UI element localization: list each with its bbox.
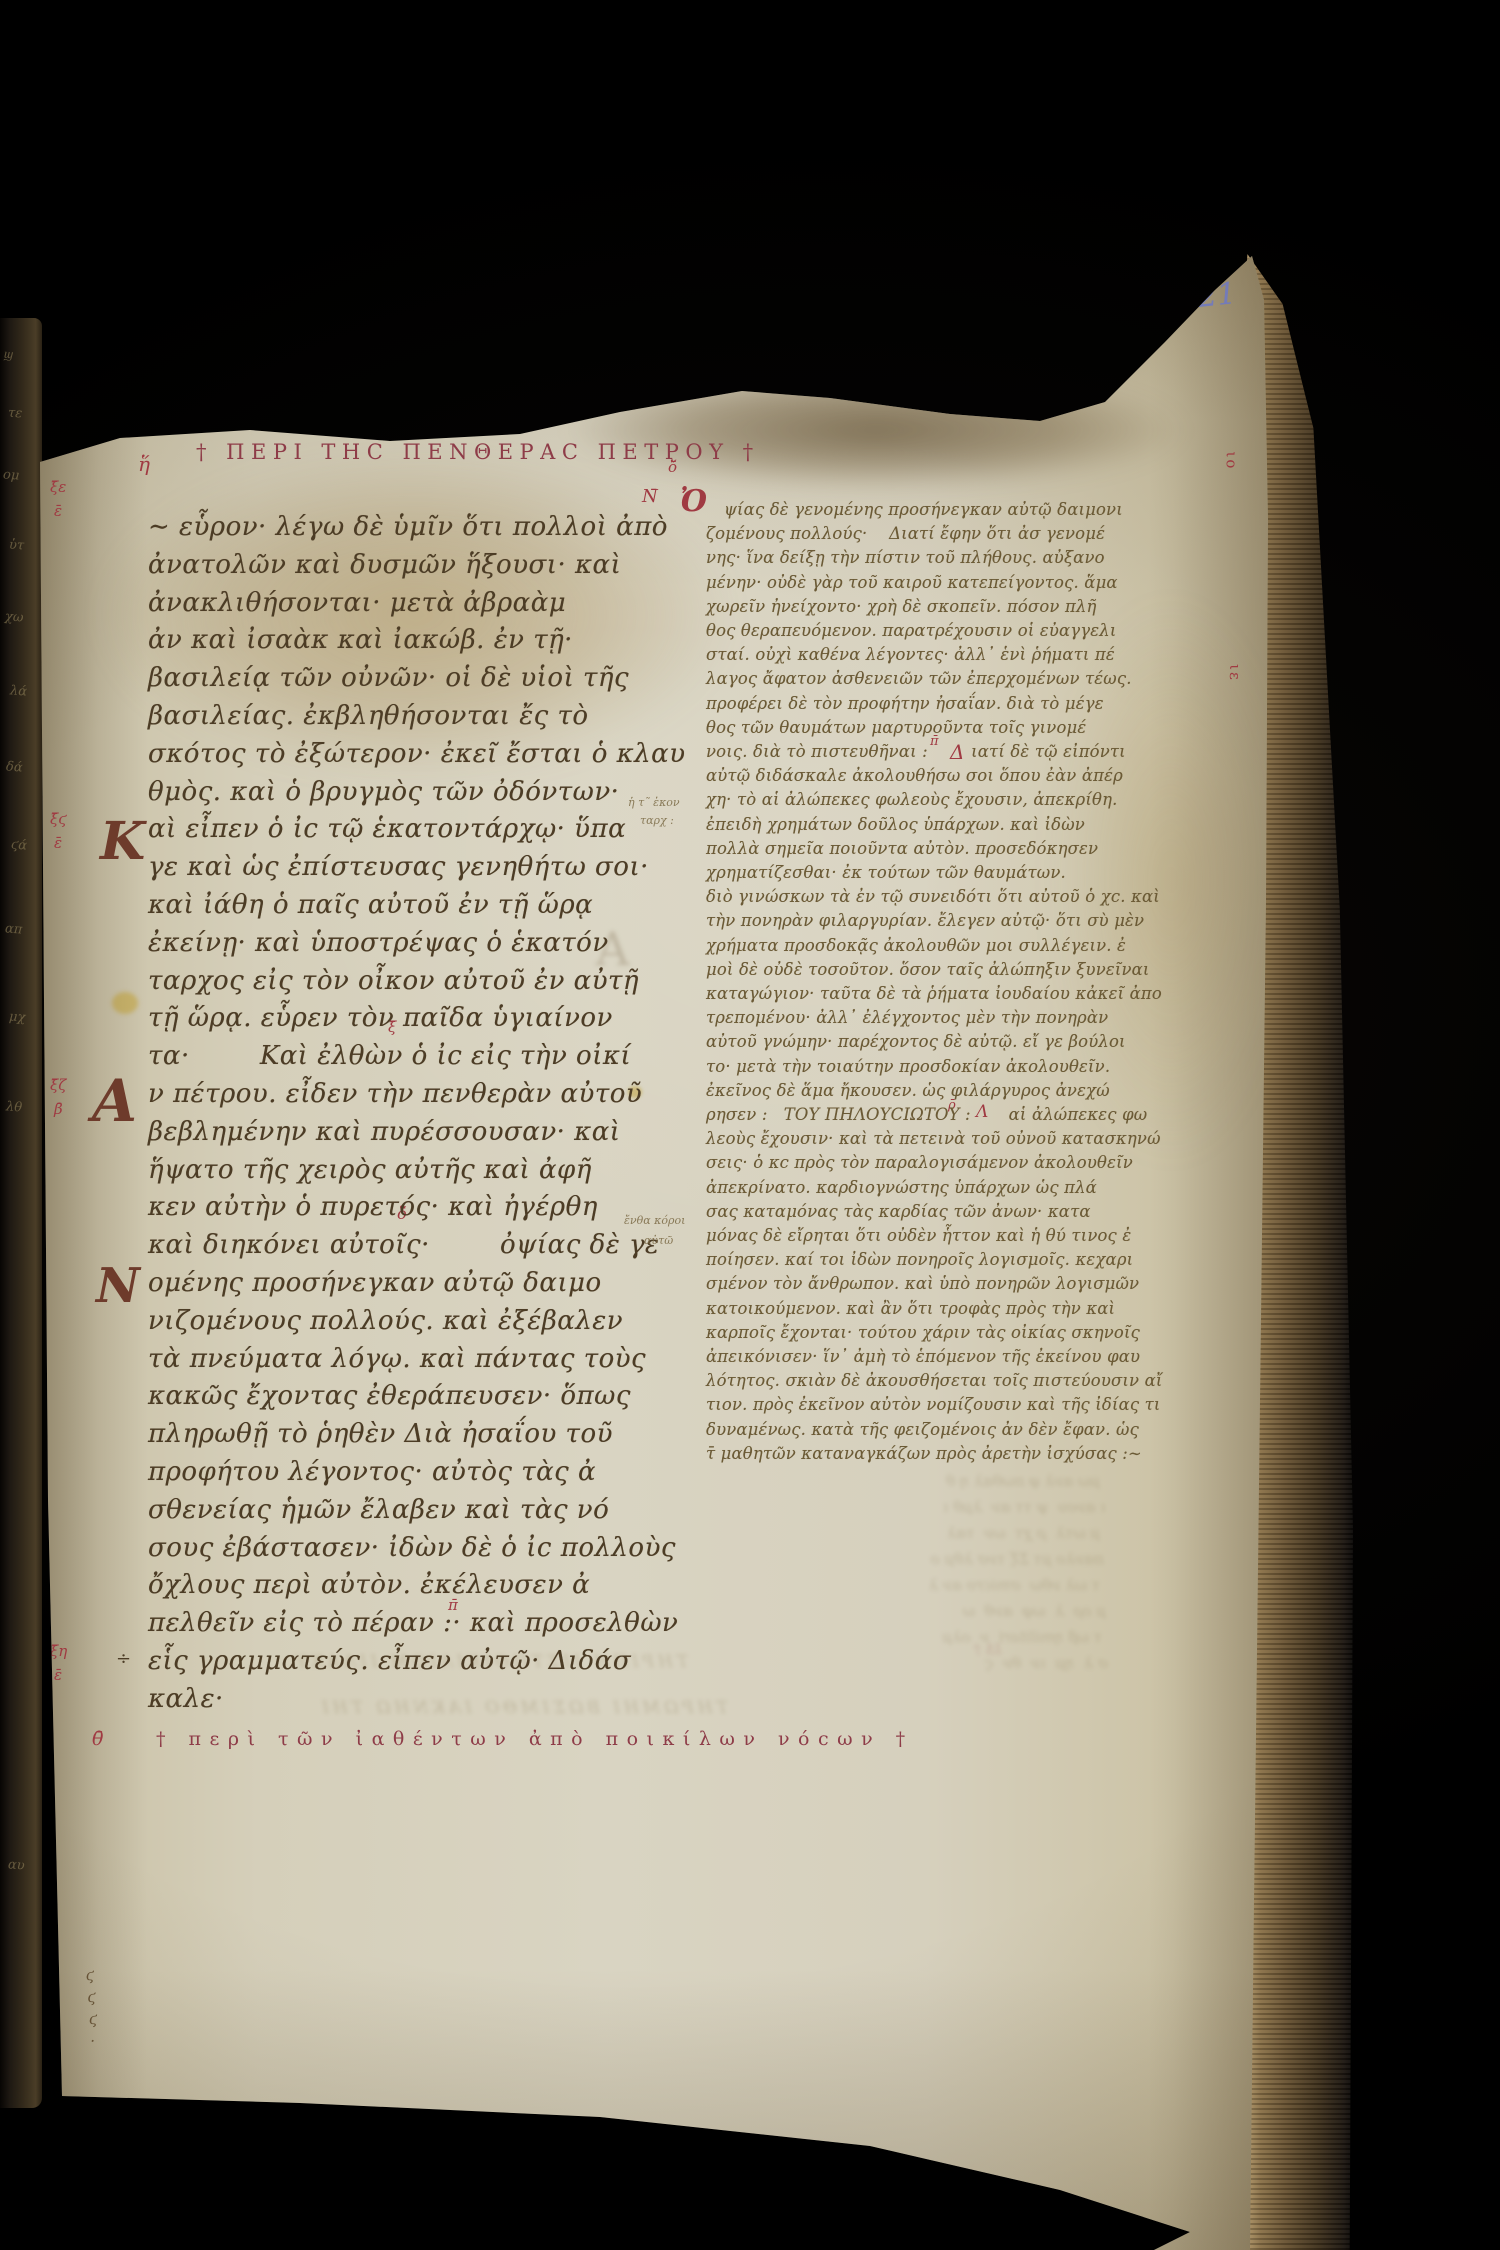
text-line: καλε· — [148, 1684, 660, 1714]
text-line: βεβλημένην καὶ πυρέσσουσαν· καὶ — [148, 1117, 660, 1147]
text-line: βασιλείᾳ τῶν οὐνῶν· οἱ δὲ υἱοὶ τῆς — [148, 663, 660, 693]
edge-text-fragment: λθ — [5, 1099, 22, 1115]
decorated-initial-kappa: Κ — [100, 816, 145, 868]
commentary-line: σας καταμόνας τὰς καρδίας τῶν ἀνων· κατα — [706, 1202, 1176, 1221]
commentary-line: χρήματα προσδοκᾷς ἀκολουθῶν μοι συλλέγει… — [706, 936, 1176, 955]
manuscript-photo: ϣ τε ομ ὑτ χω λά δά ϛά απ μχ λθ αυ Α ΤΗΡ… — [0, 0, 1500, 2250]
commentary-line: χρηματίζεσθαι· ἐκ τούτων τῶν θαυμάτων. — [706, 863, 1176, 882]
commentary-line: τ̄ μαθητῶν καταναγκάζων πρὸς ἀρετὴν ἰσχύ… — [706, 1444, 1176, 1463]
text-line: ∼ εὗρον· λέγω δὲ ὑμῖν ὅτι πολλοὶ ἀπὸ — [148, 512, 660, 542]
margin-gloss: ταρχ : — [640, 814, 674, 827]
catena-source-mark: ὃ — [655, 312, 663, 328]
commentary-line: χη· τὸ αἱ ἀλώπεκες φωλεοὺς ἔχουσιν, ἀπεκ… — [706, 790, 1176, 809]
commentary-line: τὴν πονηρὰν φιλαργυρίαν. ἔλεγεν αὐτῷ· ὅτ… — [706, 911, 1176, 930]
margin-gloss: αὐτῶ — [644, 1234, 673, 1247]
text-line: ἀνακλιθήσονται· μετὰ ἀβραὰμ — [148, 588, 660, 618]
commentary-line: ποίησεν. καί τοι ἰδὼν πονηροῖς λογισμοῖς… — [706, 1250, 1176, 1269]
decorated-initial-nu: Ν — [96, 1262, 140, 1310]
text-line: τὰ πνεύματα λόγῳ. καὶ πάντας τοὺς — [148, 1344, 660, 1374]
manuscript-page: Α ΤΗΡΙΠΗ ΙΙΣΤΠΟΙΚΙΛΙΟΜ ΙΙΛΑΧΥ ΤΗΡΩΜΗΙ ΒΩ… — [36, 240, 1272, 2250]
showthrough-line: πανλο μτ Σξ τνσ λθμ ο — [724, 1550, 1104, 1568]
commentary-line: νης· ἵνα δείξῃ τὴν πίστιν τοῦ πλήθους. α… — [706, 548, 1176, 567]
showthrough-line: μω ανλ φ πωθαλ η θ — [720, 1472, 1100, 1490]
commentary-line: λαγος ἄφατον ἀσθενειῶν τῶν ἐπερχομένων τ… — [706, 669, 1176, 688]
kephalaion-title-next: † περὶ τῶν ἰαθέντων ἀπὸ ποικίλων νόϲων † — [156, 1728, 914, 1750]
showthrough-line: μ ορ λ ωφ ανθ ω — [726, 1602, 1106, 1620]
edge-text-fragment: λά — [9, 683, 27, 699]
text-line: κεν αὐτὴν ὁ πυρετός· καὶ ἠγέρθη — [148, 1192, 660, 1222]
commentary-line: ψίας δὲ γενομένης προσήνεγκαν αὐτῷ δαιμο… — [724, 500, 1194, 519]
obelus-mark: ÷ — [116, 1648, 131, 1669]
commentary-line: μόνας δὲ εἴρηται ὅτι οὐδὲν ἧττον καὶ ἡ θ… — [706, 1226, 1176, 1245]
canon-number: ε̄ — [54, 1666, 62, 1684]
edge-text-fragment: απ — [4, 921, 22, 937]
text-line: καὶ διηκόνει αὐτοῖς· ὀψίας δὲ γε — [148, 1230, 660, 1260]
decorated-initial-alpha: Α — [92, 1072, 137, 1130]
commentary-line: θος θεραπευόμενον. παρατρέχουσιν οἱ εὐαγ… — [706, 621, 1176, 640]
showthrough-line: τ ωλ νθω σmicro αν λ — [720, 1576, 1100, 1594]
canon-number: ε̄ — [54, 834, 62, 852]
header-superscript: Ν̄ — [642, 486, 658, 507]
commentary-line: ζομένους πολλούς· Διατί ἔφην ὅτι ἀσ γενο… — [706, 524, 1176, 543]
commentary-line: ἐπειδὴ χρημάτων δοῦλος ὑπάρχων. καὶ ἰδὼν — [706, 815, 1176, 834]
edge-text-fragment: ὑτ — [8, 537, 24, 553]
commentary-line: σμένον τὸν ἄνθρωπον. καὶ ὑπὸ πονηρῶν λογ… — [706, 1274, 1176, 1293]
canon-number: ε̄ — [54, 502, 62, 520]
commentary-line: νοις. διὰ τὸ πιστευθῆναι : ιατί δὲ τῷ εἰ… — [706, 742, 1176, 761]
header-prefix-mark: ἥ — [138, 452, 150, 476]
commentary-line: καταγώγιον· ταῦτα δὲ τὰ ῥήματα ἰουδαίου … — [706, 984, 1176, 1003]
commentary-line: μένην· οὐδὲ γὰρ τοῦ καιροῦ κατεπείγοντος… — [706, 573, 1176, 592]
commentary-line: καρποῖς ἔχονται· τούτου χάριν τὰς οἰκίας… — [706, 1323, 1176, 1342]
commentary-line: τιον. πρὸς ἐκεῖνον αὐτὸν νομίζουσιν καὶ … — [706, 1395, 1176, 1414]
text-line: ἥψατο τῆς χειρὸς αὐτῆς καὶ ἀφῆ — [148, 1155, 660, 1185]
text-line: εἷς γραμματεύς. εἶπεν αὐτῷ· Διδάσ — [148, 1646, 660, 1676]
text-line: σκότος τὸ ἐξώτερον· ἐκεῖ ἔσται ὁ κλαυ — [148, 739, 660, 769]
gutter-scribble: ϛ ϛ ϛ · — [85, 1964, 100, 2052]
showthrough-line: ι ανου ψ ττ αν λμθ ι — [726, 1498, 1106, 1516]
showthrough-rubric: ΙΔ † — [974, 1642, 1001, 1658]
text-line: προφήτου λέγοντος· αὐτὸς τὰς ἀ — [148, 1457, 660, 1487]
edge-text-fragment: μχ — [8, 1009, 25, 1025]
commentary-line: κατοικούμενον. καὶ ἂν ὅτι τροφὰς πρὸς τὴ… — [706, 1299, 1176, 1318]
commentary-line: ἐκεῖνος δὲ ἅμα ἤκουσεν. ὡς φιλάργυρος ἀν… — [706, 1081, 1176, 1100]
commentary-line: σταί. οὐχὶ καθένα λέγοντες· ἀλλ᾽ ἑνὶ ῥήμ… — [706, 645, 1176, 664]
text-line: ἀνατολῶν καὶ δυσμῶν ἥξουσι· καὶ — [148, 550, 660, 580]
text-line: σους ἐβάστασεν· ἰδὼν δὲ ὁ ἰϲ πολλοὺς — [148, 1533, 660, 1563]
edge-text-fragment: δά — [5, 759, 23, 775]
commentary-line: σεις· ὁ κϲ πρὸς τὸν παραλογισάμενον ἀκολ… — [706, 1153, 1176, 1172]
folio-number: 21 — [1196, 276, 1238, 315]
commentary-line: δυναμένως. κατὰ τῆς φειζομένοις ἀν δὲν ἔ… — [706, 1420, 1176, 1439]
footer-prefix-mark: θ̄ — [92, 1728, 103, 1750]
text-line: ἀν καὶ ἰσαὰκ καὶ ἰακώβ. ἐν τῇ· — [148, 625, 660, 655]
showthrough-line: τ ωβ ηmilitari ν ολμ — [722, 1628, 1102, 1646]
commentary-line: λεοὺς ἔχουσιν· καὶ τὰ πετεινὰ τοῦ οὐνοῦ … — [706, 1129, 1176, 1148]
text-line: ομένης προσήνεγκαν αὐτῷ δαιμο — [148, 1268, 660, 1298]
text-line: τα· Καὶ ἐλθὼν ὁ ἰϲ εἰς τὴν οἰκί — [148, 1041, 660, 1071]
commentary-line: θος τῶν θαυμάτων μαρτυροῦντα τοῖς γινομέ — [706, 718, 1176, 737]
catena-initial-mark: ὅ̄ — [668, 458, 677, 476]
ammonian-number: ξ̄ε — [50, 478, 66, 496]
canon-number: β̄ — [54, 1100, 63, 1118]
text-line: ταρχος εἰς τὸν οἶκον αὐτοῦ ἐν αὐτῇ — [148, 966, 660, 996]
ammonian-number: ξ̄η — [50, 1642, 67, 1660]
parchment-stain — [566, 370, 1186, 490]
edge-text-fragment: αυ — [7, 1857, 25, 1873]
text-line: πληρωθῇ τὸ ῥηθὲν Διὰ ἠσαΐου τοῦ — [148, 1419, 660, 1449]
margin-gloss: ἡ τ῀ ἑκον — [628, 796, 680, 809]
showthrough-line: μ ωτλ ρ χτ ων ταλ — [720, 1524, 1100, 1542]
text-line: σθενείας ἡμῶν ἔλαβεν καὶ τὰς νό — [148, 1495, 660, 1525]
text-line: γε καὶ ὡς ἐπίστευσας γενηθήτω σοι· — [148, 852, 660, 882]
commentary-line: ἀπεκρίνατο. καρδιογνώστης ὑπάρχων ὡς πλά — [706, 1178, 1176, 1197]
commentary-line: ἀπεικόνισεν· ἵν᾽ ἀμὴ τὸ ἑπόμενον τῆς ἐκε… — [706, 1347, 1176, 1366]
edge-text-fragment: χω — [4, 609, 23, 625]
text-line: καὶ ἰάθη ὁ παῖς αὐτοῦ ἐν τῇ ὥρᾳ — [148, 890, 660, 920]
commentary-line: αὐτοῦ γνώμην· παρέχοντος δὲ αὐτῷ. εἴ γε … — [706, 1032, 1176, 1051]
wax-spot — [112, 992, 138, 1014]
margin-gloss: ἔνθα κόροι — [624, 1214, 685, 1227]
facing-page-edge: ϣ τε ομ ὑτ χω λά δά ϛά απ μχ λθ αυ — [0, 318, 42, 2108]
edge-text-fragment: ϣ — [3, 346, 13, 363]
ammonian-number: ξ̄ϛ — [50, 810, 67, 828]
text-line: τῇ ὥρᾳ. εὗρεν τὸν παῖδα ὑγιαίνον — [148, 1003, 660, 1033]
text-line: ὄχλους περὶ αὐτὸν. ἐκέλευσεν ἀ — [148, 1570, 660, 1600]
commentary-line: το· μετὰ τὴν τοιαύτην προσδοκίαν ἀκολουθ… — [706, 1057, 1176, 1076]
text-line: κακῶς ἔχοντας ἐθεράπευσεν· ὅπως — [148, 1381, 660, 1411]
text-line: πελθεῖν εἰς τὸ πέραν :· καὶ προσελθὼν — [148, 1608, 660, 1638]
commentary-line: αὐτῷ διδάσκαλε ἀκολουθήσω σοι ὅπου ἐὰν ἀ… — [706, 766, 1176, 785]
commentary-line: ρησεν : ΤΟΥ ΠΗΛΟΥϹΙΩΤΟΥ : αἱ ἀλώπεκες φω — [706, 1105, 1176, 1124]
edge-text-fragment: ομ — [2, 467, 19, 483]
ammonian-number: ξ̄ζ — [50, 1076, 66, 1094]
edge-text-fragment: ϛά — [10, 837, 27, 853]
showthrough-line: σ λ ημ ιν θν ς — [728, 1654, 1108, 1672]
commentary-line: λότητος. σκιὰν δὲ ἀκουσθήσεται τοῖς πιστ… — [706, 1371, 1176, 1390]
commentary-line: διὸ γινώσκων τὰ ἐν τῷ συνειδότι ὅτι αὐτο… — [706, 887, 1176, 906]
commentary-line: τρεπομένου· ἀλλ᾽ ἐλέγχοντος μὲν τὴν πονη… — [706, 1008, 1176, 1027]
margin-quire-mark: ιο — [1222, 452, 1240, 471]
commentary-line: χωρεῖν ἠνείχοντο· χρὴ δὲ σκοπεῖν. πόσον … — [706, 597, 1176, 616]
text-line: ν πέτρου. εἶδεν τὴν πενθερὰν αὐτοῦ — [148, 1079, 660, 1109]
margin-quire-mark: ιε — [1226, 664, 1244, 682]
edge-text-fragment: τε — [7, 406, 22, 422]
text-line: νιζομένους πολλούς. καὶ ἐξέβαλεν — [148, 1306, 660, 1336]
text-line: αὶ εἶπεν ὁ ἰϲ τῷ ἑκατοντάρχῳ· ὕπα — [148, 814, 660, 844]
commentary-line: μοὶ δὲ οὐδὲ τοσοῦτον. ὅσον ταῖς ἀλώπηξιν… — [706, 960, 1176, 979]
text-line: βασιλείας. ἐκβληθήσονται ἔς τὸ — [148, 701, 660, 731]
commentary-line: προφέρει δὲ τὸν προφήτην ἠσαΐαν. διὰ τὸ … — [706, 694, 1176, 713]
text-line: ἐκείνῃ· καὶ ὑποστρέψας ὁ ἑκατόν — [148, 928, 660, 958]
commentary-line: πολλὰ σημεῖα ποιοῦντα αὐτὸν. προσεδόκησε… — [706, 839, 1176, 858]
catena-initial-omicron: Ὀ — [680, 484, 707, 519]
text-line: θμὸς. καὶ ὁ βρυγμὸς τῶν ὀδόντων· — [148, 777, 660, 807]
